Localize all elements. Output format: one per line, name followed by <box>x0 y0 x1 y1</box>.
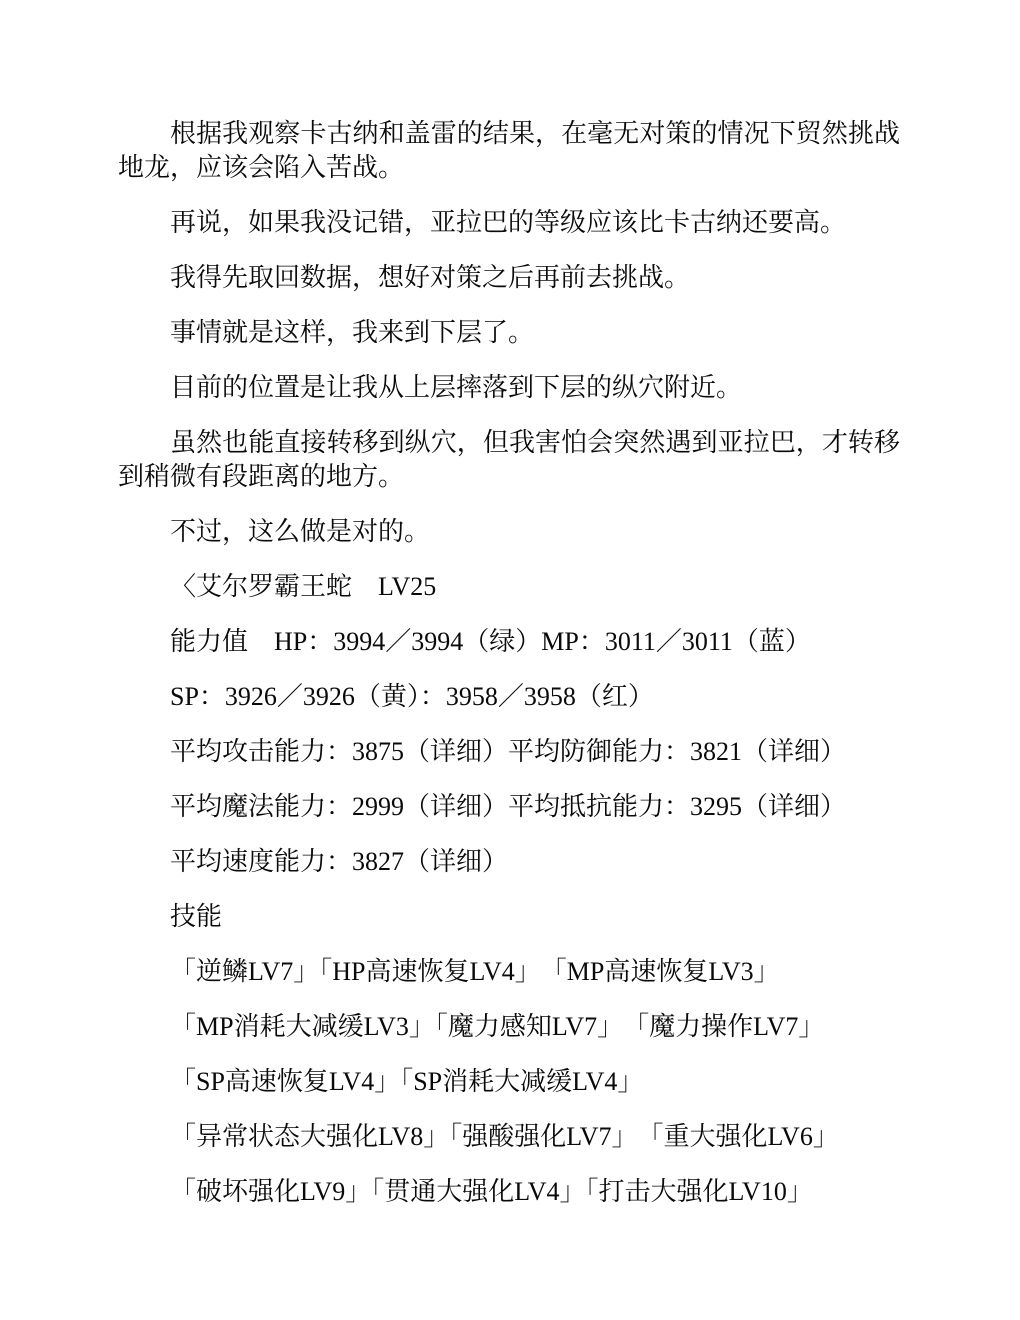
stat-line-magic-resist: 平均魔法能力：2999（详细）平均抵抗能力：3295（详细） <box>118 790 900 824</box>
skill-line: 「逆鳞LV7」「HP高速恢复LV4」 「MP高速恢复LV3」 <box>118 955 900 989</box>
skill-line: 「SP高速恢复LV4」「SP消耗大减缓LV4」 <box>118 1065 900 1099</box>
story-paragraph: 再说，如果我没记错，亚拉巴的等级应该比卡古纳还要高。 <box>118 206 900 240</box>
story-paragraph: 事情就是这样，我来到下层了。 <box>118 316 900 350</box>
story-paragraph: 虽然也能直接转移到纵穴，但我害怕会突然遇到亚拉巴，才转移到稍微有段距离的地方。 <box>118 426 900 494</box>
story-paragraph: 我得先取回数据，想好对策之后再前去挑战。 <box>118 261 900 295</box>
skill-line: 「异常状态大强化LV8」「强酸强化LV7」 「重大强化LV6」 <box>118 1120 900 1154</box>
document-page: 根据我观察卡古纳和盖雷的结果，在毫无对策的情况下贸然挑战地龙，应该会陷入苦战。 … <box>0 0 1020 1320</box>
stat-line-sp: SP：3926／3926（黄）：3958／3958（红） <box>118 680 900 714</box>
story-paragraph: 根据我观察卡古纳和盖雷的结果，在毫无对策的情况下贸然挑战地龙，应该会陷入苦战。 <box>118 117 900 185</box>
story-paragraph: 不过，这么做是对的。 <box>118 515 900 549</box>
stat-line-speed: 平均速度能力：3827（详细） <box>118 845 900 879</box>
stat-line-hp-mp: 能力值 HP：3994／3994（绿）MP：3011／3011（蓝） <box>118 625 900 659</box>
story-paragraph: 目前的位置是让我从上层摔落到下层的纵穴附近。 <box>118 371 900 405</box>
skills-header: 技能 <box>118 900 900 934</box>
skill-line: 「MP消耗大减缓LV3」「魔力感知LV7」 「魔力操作LV7」 <box>118 1010 900 1044</box>
monster-title-line: 〈艾尔罗霸王蛇 LV25 <box>118 570 900 604</box>
skill-line: 「破坏强化LV9」「贯通大强化LV4」「打击大强化LV10」 <box>118 1175 900 1209</box>
stat-line-attack-defense: 平均攻击能力：3875（详细）平均防御能力：3821（详细） <box>118 735 900 769</box>
